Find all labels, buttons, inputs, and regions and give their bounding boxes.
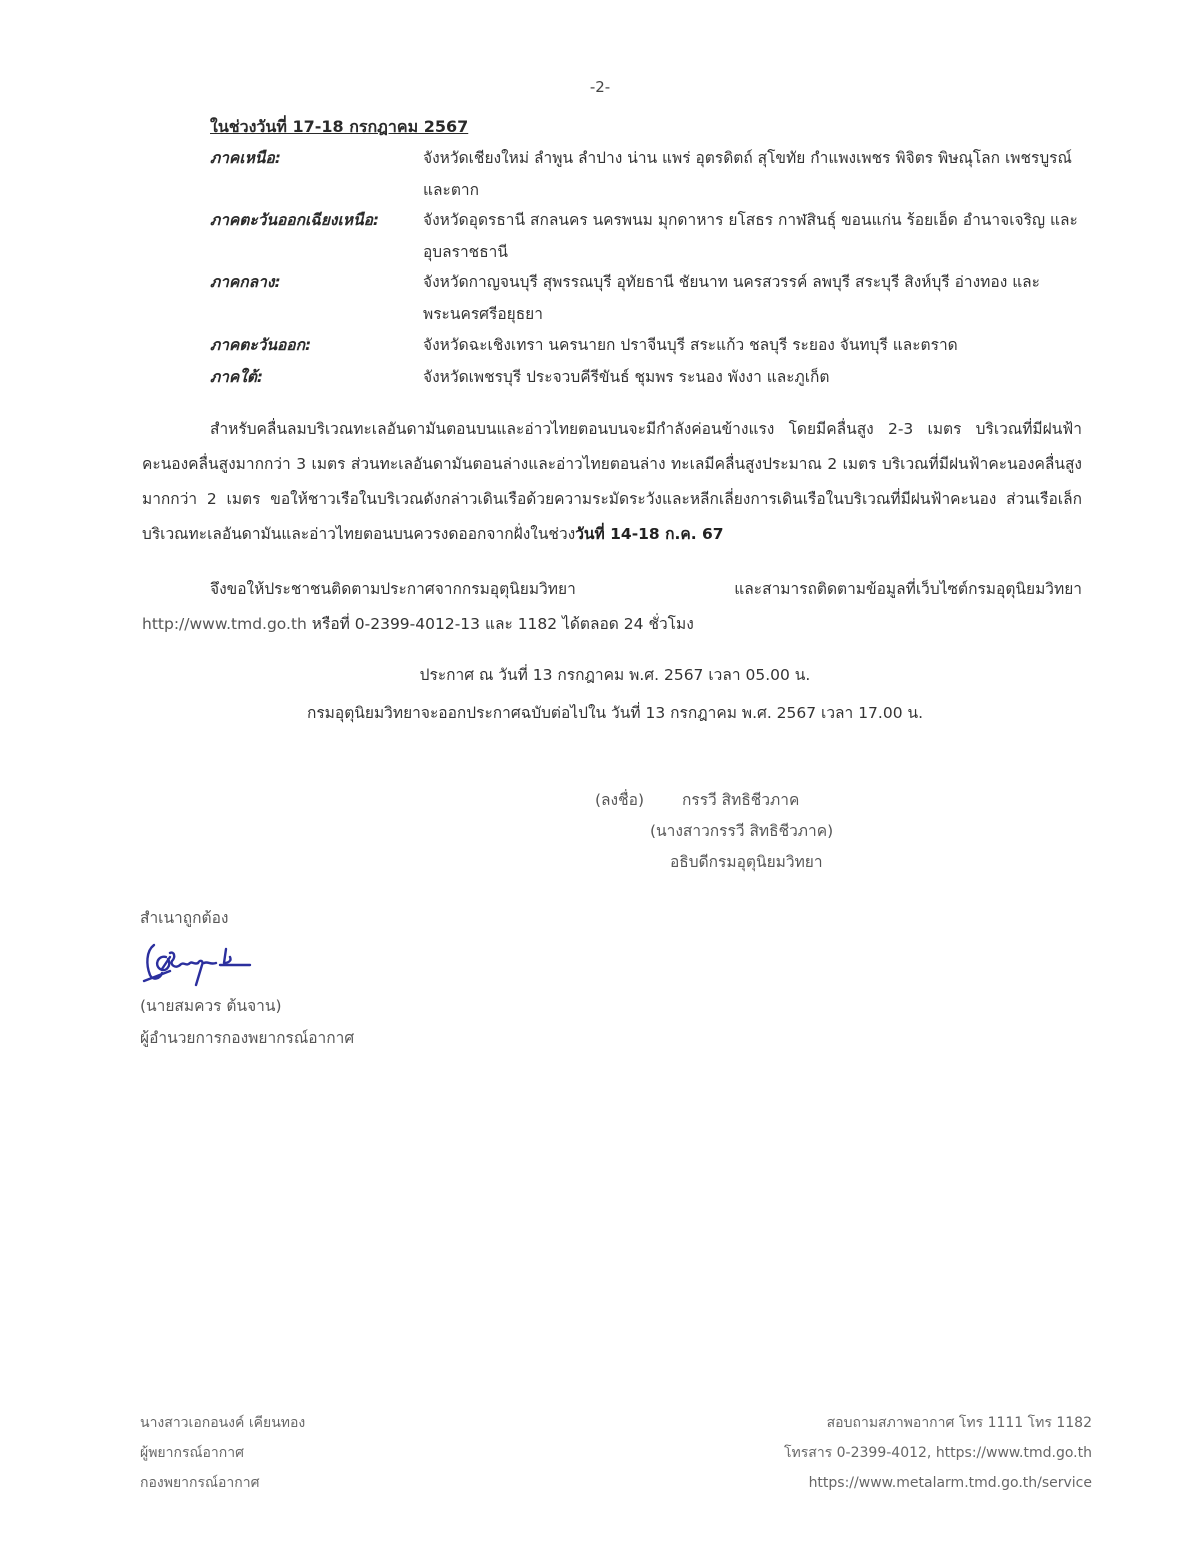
page-number: -2-	[0, 78, 1200, 96]
certifier-title: ผู้อำนวยการกองพยากรณ์อากาศ	[140, 1025, 354, 1050]
wave-advisory-dates: วันที่ 14-18 ก.ค. 67	[575, 525, 723, 543]
region-provinces: จังหวัดอุดรธานี สกลนคร นครพนม มุกดาหาร ย…	[423, 204, 1088, 268]
handwritten-signature-icon	[140, 935, 260, 990]
region-label: ภาคกลาง:	[210, 266, 281, 298]
tmd-website-link[interactable]: http://www.tmd.go.th	[142, 615, 307, 633]
director-title: อธิบดีกรมอุตุนิยมวิทยา	[670, 847, 823, 878]
follow-updates-paragraph: จึงขอให้ประชาชนติดตามประกาศจากกรมอุตุนิย…	[142, 572, 1082, 642]
wave-advisory-paragraph: สำหรับคลื่นลมบริเวณทะเลอันดามันตอนบนและอ…	[142, 412, 1082, 552]
section-heading: ในช่วงวันที่ 17-18 กรกฎาคม 2567	[210, 115, 468, 140]
document-page: -2- ในช่วงวันที่ 17-18 กรกฎาคม 2567 ภาคเ…	[0, 0, 1200, 1553]
next-announcement: กรมอุตุนิยมวิทยาจะออกประกาศฉบับต่อไปใน ว…	[0, 700, 1200, 725]
author-division: กองพยากรณ์อากาศ	[140, 1468, 305, 1498]
director-full-name: (นางสาวกรรวี สิทธิชีวภาค)	[650, 816, 833, 847]
fax-and-website[interactable]: โทรสาร 0-2399-4012, https://www.tmd.go.t…	[784, 1438, 1092, 1468]
signed-label: (ลงชื่อ)	[595, 785, 644, 816]
region-provinces: จังหวัดเชียงใหม่ ลำพูน ลำปาง น่าน แพร่ อ…	[423, 142, 1088, 206]
footer-contact-block: สอบถามสภาพอากาศ โทร 1111 โทร 1182 โทรสาร…	[784, 1408, 1092, 1498]
region-label: ภาคตะวันออกเฉียงเหนือ:	[210, 204, 379, 236]
signed-name: กรรวี สิทธิชีวภาค	[682, 785, 799, 816]
certified-copy-label: สำเนาถูกต้อง	[140, 905, 228, 930]
region-provinces: จังหวัดเพชรบุรี ประจวบคีรีขันธ์ ชุมพร ระ…	[423, 361, 1088, 393]
author-name: นางสาวเอกอนงค์ เคียนทอง	[140, 1408, 305, 1438]
metalarm-link[interactable]: https://www.metalarm.tmd.go.th/service	[784, 1468, 1092, 1498]
follow-updates-text: จึงขอให้ประชาชนติดตามประกาศจากกรมอุตุนิย…	[210, 580, 1082, 598]
footer-author-block: นางสาวเอกอนงค์ เคียนทอง ผู้พยากรณ์อากาศ …	[140, 1408, 305, 1498]
region-provinces: จังหวัดฉะเชิงเทรา นครนายก ปราจีนบุรี สระ…	[423, 329, 1088, 361]
author-position: ผู้พยากรณ์อากาศ	[140, 1438, 305, 1468]
contact-numbers: หรือที่ 0-2399-4012-13 และ 1182 ได้ตลอด …	[307, 615, 694, 633]
region-label: ภาคใต้:	[210, 361, 263, 393]
weather-hotline: สอบถามสภาพอากาศ โทร 1111 โทร 1182	[784, 1408, 1092, 1438]
certifier-name: (นายสมควร ต้นจาน)	[140, 993, 282, 1018]
region-label: ภาคตะวันออก:	[210, 329, 311, 361]
region-label: ภาคเหนือ:	[210, 142, 281, 174]
issued-datetime: ประกาศ ณ วันที่ 13 กรกฎาคม พ.ศ. 2567 เวล…	[0, 662, 1200, 687]
region-provinces: จังหวัดกาญจนบุรี สุพรรณบุรี อุทัยธานี ชั…	[423, 266, 1088, 330]
